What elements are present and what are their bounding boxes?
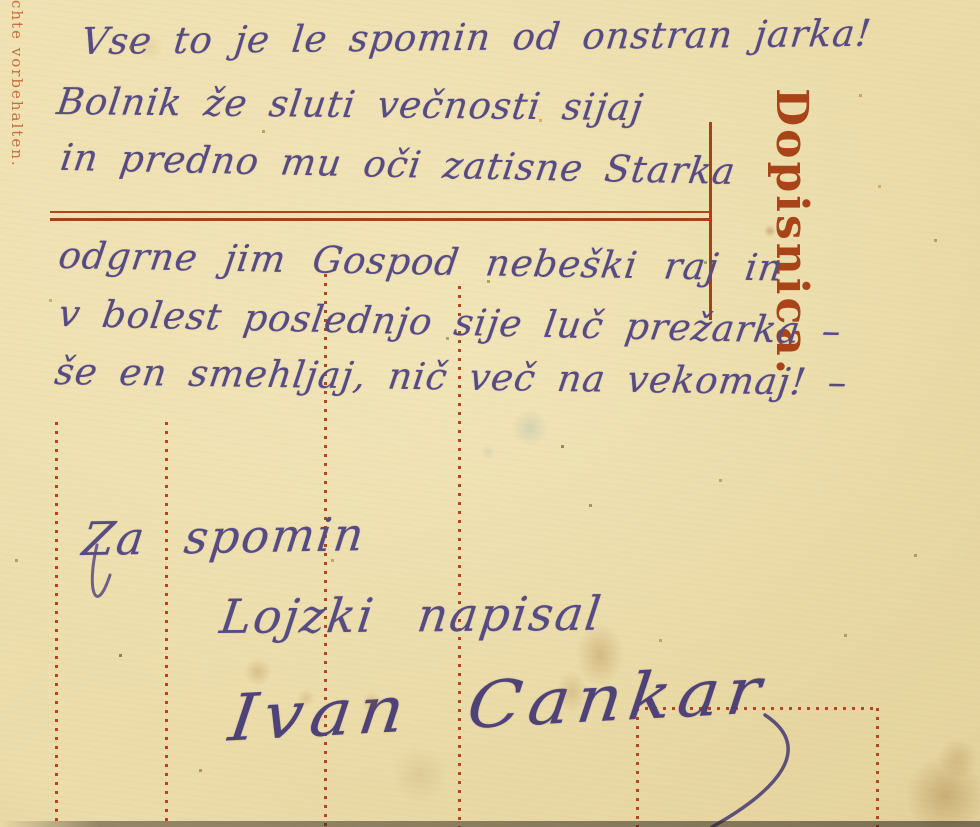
rights-notice-text: chte vorbehalten. xyxy=(3,0,30,200)
postcard-scan: chte vorbehalten. Dopisnica. Vse to je l… xyxy=(0,0,980,827)
poem-line-1: Vse to je le spomin od onstran jarka! xyxy=(79,12,874,63)
address-dotted-line-2 xyxy=(165,422,168,827)
dedication-line-2: Lojzki napisal xyxy=(217,587,606,645)
header-rule-thin xyxy=(50,211,710,213)
signature: Ivan Cankar xyxy=(225,654,771,757)
dedication-line-1: Za spomin xyxy=(79,507,368,566)
poem-line-2: Bolnik že sluti večnosti sijaj xyxy=(54,80,646,129)
paper-specks xyxy=(0,0,1,1)
poem-line-6: še en smehljaj, nič več na vekomaj! – xyxy=(52,350,850,404)
address-dotted-line-1 xyxy=(55,422,58,827)
poem-line-5: v bolest poslednjo sije luč prežarka – xyxy=(56,292,845,353)
header-rule-thick xyxy=(50,218,710,221)
scan-bottom-edge xyxy=(0,821,980,827)
stamp-box-right-dotted-line xyxy=(876,708,879,827)
poem-line-4: odgrne jim Gospod nebeški raj in xyxy=(56,234,786,290)
poem-line-3: in predno mu oči zatisne Starka xyxy=(58,136,739,193)
